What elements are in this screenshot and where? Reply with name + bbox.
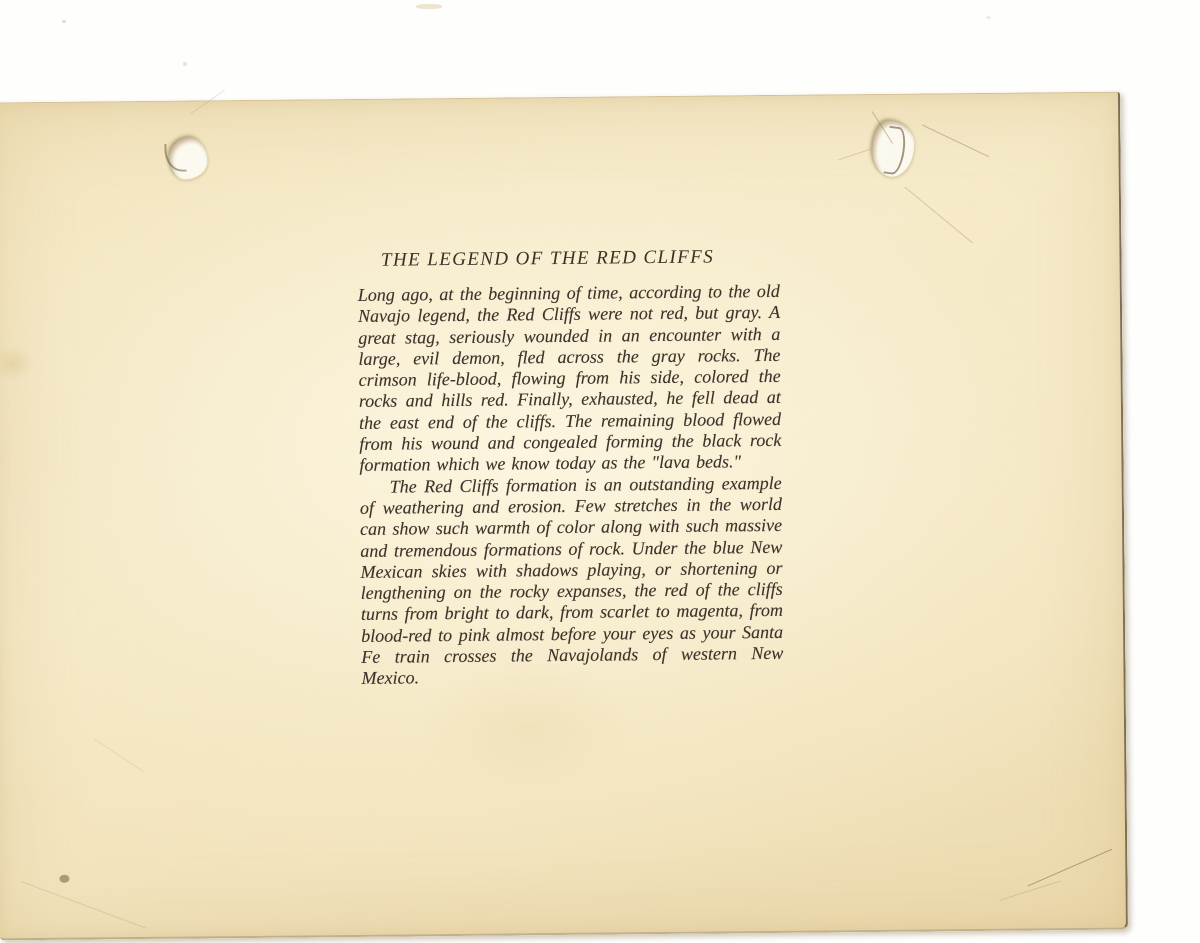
crease-line bbox=[190, 90, 225, 115]
corner-crease-bottom-right bbox=[1027, 849, 1112, 887]
legend-paragraph-2: The Red Cliffs formation is an outstandi… bbox=[360, 473, 784, 690]
scan-smudge bbox=[416, 4, 442, 9]
crease-line bbox=[94, 739, 145, 773]
paper-stain bbox=[0, 345, 35, 381]
paper-speck bbox=[59, 875, 69, 883]
page-title: THE LEGEND OF THE RED CLIFFS bbox=[336, 246, 758, 272]
damage-tack-hole-left bbox=[162, 129, 215, 185]
crease-line bbox=[905, 187, 974, 244]
corner-crease-bottom-left bbox=[21, 881, 145, 928]
scan-background: THE LEGEND OF THE RED CLIFFS Long ago, a… bbox=[0, 0, 1200, 943]
crease-line bbox=[922, 125, 989, 158]
scan-speck bbox=[183, 62, 187, 66]
torn-paper-curl bbox=[164, 144, 186, 172]
scan-speck bbox=[62, 20, 66, 23]
legend-text-block: THE LEGEND OF THE RED CLIFFS Long ago, a… bbox=[357, 246, 783, 690]
postcard-back: THE LEGEND OF THE RED CLIFFS Long ago, a… bbox=[0, 92, 1128, 941]
scan-speck bbox=[986, 16, 991, 19]
legend-paragraph-1: Long ago, at the beginning of time, acco… bbox=[358, 281, 782, 477]
